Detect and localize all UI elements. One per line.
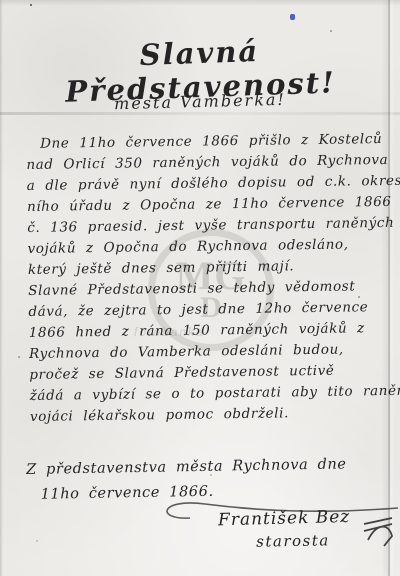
horizontal-crease (0, 112, 400, 115)
paper-speckles (30, 4, 32, 6)
letter-body: Dne 11ho července 1866 přišlo z Kostelců… (26, 129, 396, 428)
document-page: MG D fotobanka Slavná Představenost! měs… (0, 0, 400, 576)
blue-ink-speck (290, 14, 295, 20)
signature-paraph-icon (362, 514, 396, 548)
body-line: vojáci lékařskou pomoc obdrželi. (30, 402, 396, 428)
signature-role: starosta (238, 531, 348, 551)
